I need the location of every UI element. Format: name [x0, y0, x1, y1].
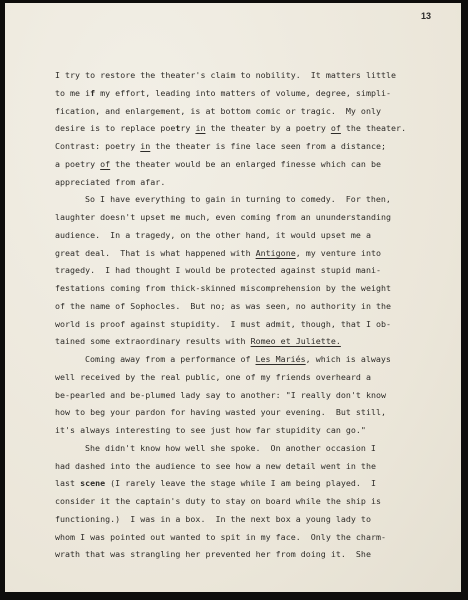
text-segment: the theater is fine lace seen from a dis…: [150, 141, 386, 151]
text-line: She didn't know how well she spoke. On a…: [55, 440, 465, 458]
text-segment: had dashed into the audience to see how …: [55, 461, 376, 471]
text-segment: Contrast: poetry: [55, 141, 140, 151]
text-line: So I have everything to gain in turning …: [55, 191, 465, 209]
overtyped-text: scene: [80, 478, 105, 488]
text-segment: how to beg your pardon for having wasted…: [55, 407, 386, 417]
text-segment: Coming away from a performance of: [85, 354, 256, 364]
text-line: tragedy. I had thought I would be protec…: [55, 262, 465, 280]
text-segment: last: [55, 478, 80, 488]
text-line: wrath that was strangling her prevented …: [55, 546, 465, 564]
underlined-text: Romeo et Juliette.: [251, 336, 341, 346]
text-line: consider it the captain's duty to stay o…: [55, 493, 465, 511]
text-segment: , which is always: [306, 354, 391, 364]
text-segment: appreciated from afar.: [55, 177, 165, 187]
text-segment: the theater.: [341, 123, 406, 133]
underlined-text: in: [140, 141, 150, 151]
text-segment: of the name of Sophocles. But no; as was…: [55, 301, 391, 311]
underlined-text: Les Mariés: [256, 354, 306, 364]
underlined-text: of: [100, 159, 110, 169]
text-line: to me if my effort, leading into matters…: [55, 85, 465, 103]
underlined-text: in: [195, 123, 205, 133]
text-line: Contrast: poetry in the theater is fine …: [55, 138, 465, 156]
text-segment: (I rarely leave the stage while I am bei…: [105, 478, 376, 488]
text-line: had dashed into the audience to see how …: [55, 458, 465, 476]
text-segment: be-pearled and be-plumed lady say to ano…: [55, 390, 386, 400]
text-line: audience. In a tragedy, on the other han…: [55, 227, 465, 245]
text-segment: it's always interesting to see just how …: [55, 425, 366, 435]
text-segment: desire is to replace poe: [55, 123, 175, 133]
text-line: I try to restore the theater's claim to …: [55, 67, 465, 85]
text-line: world is proof against stupidity. I must…: [55, 316, 465, 334]
text-segment: tragedy. I had thought I would be protec…: [55, 265, 381, 275]
text-line: be-pearled and be-plumed lady say to ano…: [55, 387, 465, 405]
text-line: great deal. That is what happened with A…: [55, 245, 465, 263]
text-line: festations coming from thick-skinned mis…: [55, 280, 465, 298]
text-segment: my effort, leading into matters of volum…: [95, 88, 391, 98]
text-segment: I try to restore the theater's claim to …: [55, 70, 396, 80]
text-segment: tained some extraordinary results with: [55, 336, 251, 346]
text-segment: world is proof against stupidity. I must…: [55, 319, 391, 329]
text-segment: wrath that was strangling her prevented …: [55, 549, 371, 559]
text-line: a poetry of the theater would be an enla…: [55, 156, 465, 174]
text-line: fication, and enlargement, is at bottom …: [55, 103, 465, 121]
text-line: it's always interesting to see just how …: [55, 422, 465, 440]
text-segment: festations coming from thick-skinned mis…: [55, 283, 391, 293]
text-segment: So I have everything to gain in turning …: [85, 194, 391, 204]
text-segment: fication, and enlargement, is at bottom …: [55, 106, 381, 116]
text-segment: whom I was pointed out wanted to spit in…: [55, 532, 386, 542]
underlined-text: of: [331, 123, 341, 133]
text-segment: audience. In a tragedy, on the other han…: [55, 230, 371, 240]
text-segment: , my venture into: [296, 248, 381, 258]
text-line: well received by the real public, one of…: [55, 369, 465, 387]
text-line: appreciated from afar.: [55, 174, 465, 192]
text-segment: functioning.) I was in a box. In the nex…: [55, 514, 371, 524]
text-line: functioning.) I was in a box. In the nex…: [55, 511, 465, 529]
text-segment: ry: [180, 123, 195, 133]
text-line: whom I was pointed out wanted to spit in…: [55, 529, 465, 547]
text-segment: laughter doesn't upset me much, even com…: [55, 212, 391, 222]
underlined-text: Antigone: [256, 248, 296, 258]
page-number: 13: [421, 11, 431, 21]
text-segment: great deal. That is what happened with: [55, 248, 256, 258]
text-segment: the theater would be an enlarged finesse…: [110, 159, 381, 169]
typed-body-text: I try to restore the theater's claim to …: [55, 67, 465, 564]
text-line: tained some extraordinary results with R…: [55, 333, 465, 351]
text-line: Coming away from a performance of Les Ma…: [55, 351, 465, 369]
text-line: laughter doesn't upset me much, even com…: [55, 209, 465, 227]
text-segment: well received by the real public, one of…: [55, 372, 371, 382]
text-line: of the name of Sophocles. But no; as was…: [55, 298, 465, 316]
text-segment: consider it the captain's duty to stay o…: [55, 496, 381, 506]
text-segment: the theater by a poetry: [205, 123, 330, 133]
text-segment: She didn't know how well she spoke. On a…: [85, 443, 376, 453]
text-line: desire is to replace poetry in the theat…: [55, 120, 465, 138]
text-segment: to me i: [55, 88, 90, 98]
text-segment: a poetry: [55, 159, 100, 169]
typescript-page: 13 I try to restore the theater's claim …: [5, 3, 461, 592]
text-line: last scene (I rarely leave the stage whi…: [55, 475, 465, 493]
text-line: how to beg your pardon for having wasted…: [55, 404, 465, 422]
